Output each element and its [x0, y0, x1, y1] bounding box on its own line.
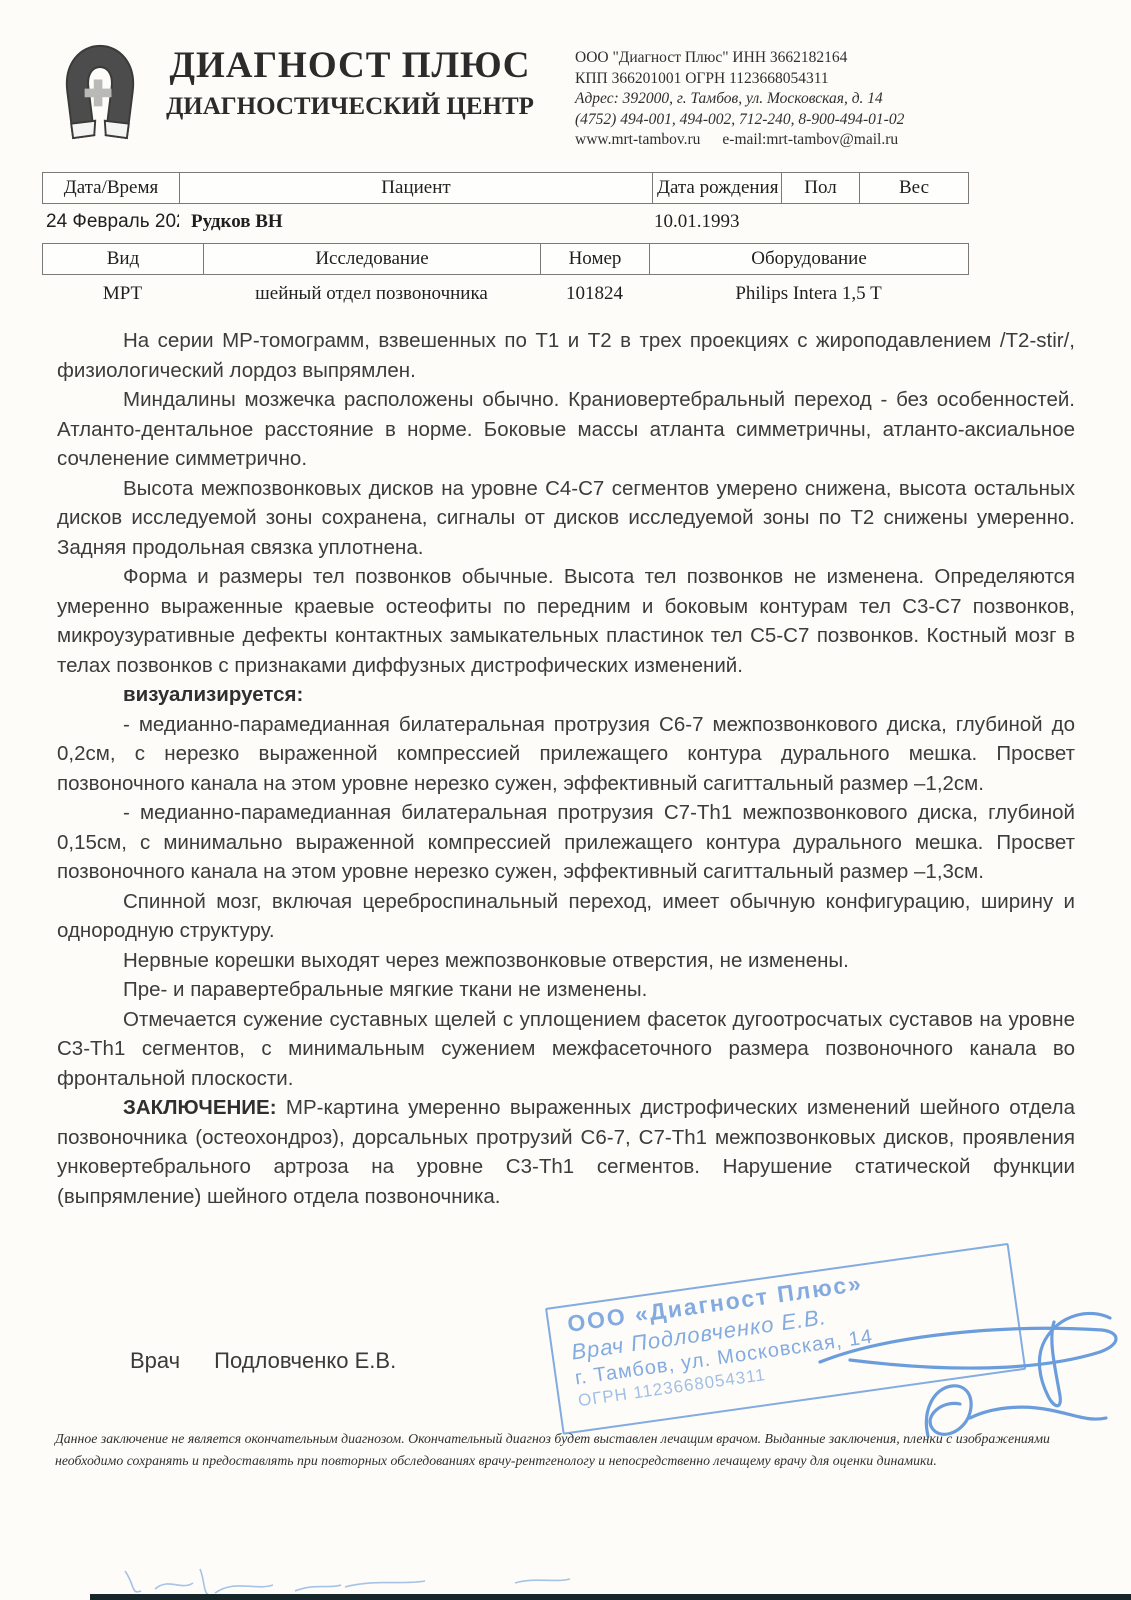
- study-table-values: МРТ шейный отдел позвоночника 101824 Phi…: [42, 274, 968, 314]
- report-paragraph: На серии МР-томограмм, взвешенных по Т1 …: [57, 326, 1075, 385]
- report-paragraph: - медианно-парамедианная билатеральная п…: [57, 710, 1075, 799]
- report-paragraph-visualized: визуализируется:: [57, 680, 1075, 710]
- value-date-time: 24 Февраль 2024 г.: [42, 202, 179, 242]
- value-patient-name: Рудков ВН: [179, 202, 652, 242]
- company-website: www.mrt-tambov.ru: [575, 130, 700, 151]
- conclusion-label: ЗАКЛЮЧЕНИЕ:: [123, 1096, 277, 1119]
- disclaimer-line-2: необходимо сохранять и предоставлять при…: [55, 1450, 1087, 1472]
- report-paragraph: Форма и размеры тел позвонков обычные. В…: [57, 562, 1075, 680]
- company-address-line: Адрес: 392000, г. Тамбов, ул. Московская…: [575, 89, 1015, 110]
- value-sex: [781, 202, 859, 242]
- doctor-signature-line: ВрачПодловченко Е.В.: [130, 1348, 396, 1374]
- col-date-time: Дата/Время: [43, 173, 180, 204]
- report-paragraph: Миндалины мозжечка расположены обычно. К…: [57, 385, 1075, 474]
- company-email: e-mail:mrt-tambov@mail.ru: [722, 130, 898, 151]
- company-ogrn-line: КПП 366201001 ОГРН 1123668054311: [575, 69, 1015, 90]
- report-paragraph: Пре- и паравертебральные мягкие ткани не…: [57, 975, 1075, 1005]
- conclusion-paragraph: ЗАКЛЮЧЕНИЕ: МР-картина умеренно выраженн…: [57, 1093, 1075, 1211]
- report-paragraph: Спинной мозг, включая цереброспинальный …: [57, 887, 1075, 946]
- patient-table-header: Дата/Время Пациент Дата рождения Пол Вес: [42, 172, 969, 204]
- col-type: Вид: [43, 244, 204, 275]
- report-paragraph: Высота межпозвонковых дисков на уровне С…: [57, 474, 1075, 563]
- disclaimer-line-1: Данное заключение не является окончатель…: [55, 1428, 1087, 1450]
- patient-table-values: 24 Февраль 2024 г. Рудков ВН 10.01.1993: [42, 202, 968, 242]
- col-patient: Пациент: [180, 173, 653, 204]
- col-sex: Пол: [782, 173, 860, 204]
- col-weight: Вес: [860, 173, 969, 204]
- col-study: Исследование: [204, 244, 541, 275]
- mri-report-document: ДИАГНОСТ ПЛЮС ДИАГНОСТИЧЕСКИЙ ЦЕНТР ООО …: [0, 0, 1131, 1600]
- doctor-label: Врач: [130, 1348, 180, 1373]
- value-weight: [859, 202, 968, 242]
- study-table-header: Вид Исследование Номер Оборудование: [42, 243, 969, 275]
- company-inn-line: ООО "Диагност Плюс" ИНН 3662182164: [575, 48, 1015, 69]
- footer-disclaimer: Данное заключение не является окончатель…: [55, 1428, 1087, 1472]
- document-header: ДИАГНОСТ ПЛЮС ДИАГНОСТИЧЕСКИЙ ЦЕНТР ООО …: [0, 0, 1131, 160]
- value-equipment: Philips Intera 1,5 T: [649, 274, 968, 314]
- company-web-line: www.mrt-tambov.rue-mail:mrt-tambov@mail.…: [575, 130, 1015, 151]
- report-paragraph: Отмечается сужение суставных щелей с упл…: [57, 1005, 1075, 1094]
- report-paragraph: Нервные корешки выходят через межпозвонк…: [57, 946, 1075, 976]
- value-study: шейный отдел позвоночника: [203, 274, 540, 314]
- scan-edge-artifact: [90, 1594, 1131, 1600]
- company-details: ООО "Диагност Плюс" ИНН 3662182164 КПП 3…: [575, 48, 1015, 151]
- value-birthdate: 10.01.1993: [652, 202, 781, 242]
- company-phones-line: (4752) 494-001, 494-002, 712-240, 8-900-…: [575, 110, 1015, 131]
- doctor-name: Подловченко Е.В.: [214, 1348, 396, 1373]
- clinic-name: ДИАГНОСТ ПЛЮС: [150, 44, 550, 87]
- value-type: МРТ: [42, 274, 203, 314]
- report-body: На серии МР-томограмм, взвешенных по Т1 …: [57, 326, 1075, 1211]
- value-number: 101824: [540, 274, 649, 314]
- col-number: Номер: [541, 244, 650, 275]
- magnet-logo-icon: [52, 38, 148, 144]
- clinic-brand: ДИАГНОСТ ПЛЮС ДИАГНОСТИЧЕСКИЙ ЦЕНТР: [150, 44, 550, 121]
- col-birthdate: Дата рождения: [653, 173, 782, 204]
- report-paragraph: - медианно-парамедианная билатеральная п…: [57, 798, 1075, 887]
- table-row: МРТ шейный отдел позвоночника 101824 Phi…: [42, 274, 968, 314]
- col-equipment: Оборудование: [650, 244, 969, 275]
- table-row: 24 Февраль 2024 г. Рудков ВН 10.01.1993: [42, 202, 968, 242]
- ink-bleed-marks: [95, 1565, 655, 1597]
- clinic-subtitle: ДИАГНОСТИЧЕСКИЙ ЦЕНТР: [150, 93, 550, 121]
